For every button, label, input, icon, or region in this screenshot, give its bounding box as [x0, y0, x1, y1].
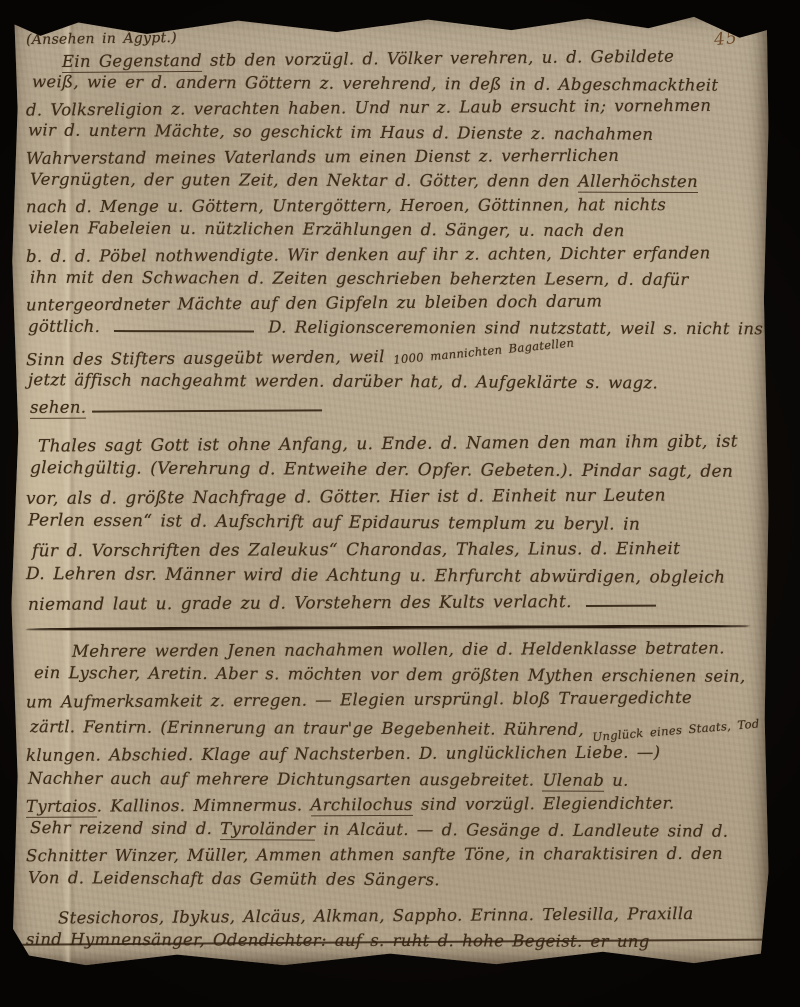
handwritten-text: Archilochus [310, 795, 413, 817]
handwritten-text: D. Religionsceremonien sind nutzstatt, w… [260, 317, 763, 338]
handwritten-text: b. d. d. Pöbel nothwendigte. Wir denken … [26, 243, 711, 266]
handwritten-text: sind vorzügl. Elegiendichter. [413, 793, 675, 813]
manuscript-line: Mehrere werden Jenen nachahmen wollen, d… [72, 635, 760, 664]
ink-stroke [92, 403, 322, 412]
manuscript-line: Nachher auch auf mehrere Dichtungsarten … [28, 765, 760, 793]
handwritten-text: um Aufmerksamkeit z. erregen. — Elegien … [26, 688, 692, 712]
handwritten-text: (Ansehen in Ägypt.) [26, 30, 177, 48]
manuscript-line: niemand laut u. grade zu d. Vorstehern d… [28, 588, 760, 618]
manuscript-page: 45 (Ansehen in Ägypt.)Ein Gegenstand stb… [10, 13, 770, 967]
manuscript-line: Vergnügten, der guten Zeit, den Nektar d… [30, 168, 760, 195]
handwritten-text: göttlich. [28, 317, 108, 336]
top-paragraph: (Ansehen in Ägypt.)Ein Gegenstand stb de… [26, 23, 760, 419]
handwritten-text: d. Volksreligion z. verachten haben. Und… [26, 96, 711, 120]
manuscript-line: für d. Vorschriften des Zaleukus“ Charon… [32, 536, 760, 565]
manuscript-line: Tyrtaios. Kallinos. Mimnermus. Archiloch… [26, 790, 760, 819]
handwritten-text: nach d. Menge u. Göttern, Untergöttern, … [26, 195, 666, 216]
handwritten-text: Wahrverstand meines Vaterlands um einen … [26, 146, 619, 168]
manuscript-line: Schnitter Winzer, Müller, Ammen athmen s… [26, 841, 760, 869]
handwritten-text: Perlen essen“ ist d. Aufschrift auf Epid… [28, 511, 640, 535]
middle-paragraph: Thales sagt Gott ist ohne Anfang, u. End… [26, 431, 760, 617]
manuscript-line: zärtl. Fentirn. (Erinnerung an traur'ge … [30, 710, 760, 743]
manuscript-line: sehen. [30, 392, 760, 420]
handwritten-text: klungen. Abschied. Klage auf Nachsterben… [26, 743, 660, 765]
handwritten-text: vor, als d. größte Nachfrage d. Götter. … [26, 485, 666, 508]
handwritten-text: stb den vorzügl. d. Völker verehren, u. … [202, 47, 674, 70]
manuscript-line: Von d. Leidenschaft das Gemüth des Sänge… [28, 866, 760, 895]
ink-stroke [586, 598, 656, 606]
handwritten-text: Schnitter Winzer, Müller, Ammen athmen s… [26, 844, 723, 865]
handwritten-text: Allerhöchsten [578, 172, 698, 193]
handwriting-area: (Ansehen in Ägypt.)Ein Gegenstand stb de… [26, 23, 760, 953]
handwritten-text: weiß, wie er d. andern Göttern z. verehr… [32, 72, 718, 95]
manuscript-line: untergeordneter Mächte auf den Gipfeln z… [26, 289, 760, 319]
handwritten-text: sind Hymnensänger, Odendichter: auf s. r… [26, 930, 650, 951]
handwritten-text: niemand laut u. grade zu d. Vorstehern d… [28, 592, 580, 615]
handwritten-text: ihn mit den Schwachen d. Zeiten geschrie… [30, 268, 689, 289]
handwritten-text: Sinn des Stifters ausgeübt werden, weil [26, 347, 393, 369]
handwritten-text: wir d. untern Mächte, so geschickt im Ha… [28, 120, 653, 143]
handwritten-text: gleichgültig. (Verehrung d. Entweihe der… [30, 458, 733, 482]
manuscript-line: Stesichoros, Ibykus, Alcäus, Alkman, Sap… [58, 900, 760, 930]
handwritten-text: in Alcäut. — d. Gesänge d. Landleute sin… [315, 820, 728, 841]
photo-background: 45 (Ansehen in Ägypt.)Ein Gegenstand stb… [0, 0, 800, 1007]
handwritten-text: untergeordneter Mächte auf den Gipfeln z… [26, 292, 602, 315]
handwritten-text: Nachher auch auf mehrere Dichtungsarten … [28, 768, 542, 789]
handwritten-text: D. Lehren dsr. Männer wird die Achtung u… [26, 565, 725, 589]
handwritten-text: zärtl. Fentirn. (Erinnerung an traur'ge … [30, 717, 592, 739]
manuscript-line: klungen. Abschied. Klage auf Nachsterben… [26, 740, 760, 769]
handwritten-text: Mehrere werden Jenen nachahmen wollen, d… [72, 638, 725, 660]
handwritten-text: ein Lyscher, Aretin. Aber s. möchten vor… [34, 663, 746, 686]
manuscript-line: Sinn des Stifters ausgeübt werden, weil … [26, 337, 760, 373]
handwritten-text: Stesichoros, Ibykus, Alcäus, Alkman, Sap… [58, 904, 694, 927]
ink-stroke [114, 323, 254, 331]
manuscript-line: nach d. Menge u. Göttern, Untergöttern, … [26, 193, 760, 220]
handwritten-text: sehen. [30, 398, 86, 419]
manuscript-line: gleichgültig. (Verehrung d. Entweihe der… [30, 455, 760, 485]
handwritten-text: jetzt äffisch nachgeahmt werden. darüber… [28, 370, 658, 392]
handwritten-text: Sehr reizend sind d. [30, 818, 220, 838]
manuscript-line: Perlen essen“ ist d. Aufschrift auf Epid… [28, 508, 760, 540]
hand-drawn-divider [26, 624, 750, 630]
handwritten-text: für d. Vorschriften des Zaleukus“ Charon… [32, 539, 680, 561]
bottom-paragraph: Mehrere werden Jenen nachahmen wollen, d… [26, 637, 760, 953]
handwritten-text: Vergnügten, der guten Zeit, den Nektar d… [30, 170, 578, 191]
manuscript-line: sind Hymnensänger, Odendichter: auf s. r… [26, 927, 760, 955]
manuscript-line: Sehr reizend sind d. Tyroländer in Alcäu… [30, 815, 760, 844]
manuscript-line: vielen Fabeleien u. nützlichen Erzählung… [28, 216, 760, 244]
manuscript-line: D. Lehren dsr. Männer wird die Achtung u… [26, 562, 760, 592]
handwritten-text: Tyroländer [220, 819, 315, 840]
handwritten-text: . Kallinos. Mimnermus. [97, 795, 311, 815]
manuscript-line: b. d. d. Pöbel nothwendigte. Wir denken … [26, 241, 760, 269]
handwritten-text: Ulenab [542, 770, 604, 791]
handwritten-text: u. [604, 770, 629, 789]
handwritten-text: Thales sagt Gott ist ohne Anfang, u. End… [38, 431, 738, 456]
handwritten-text: vielen Fabeleien u. nützlichen Erzählung… [28, 218, 625, 240]
handwritten-text: Von d. Leidenschaft das Gemüth des Sänge… [28, 869, 440, 890]
